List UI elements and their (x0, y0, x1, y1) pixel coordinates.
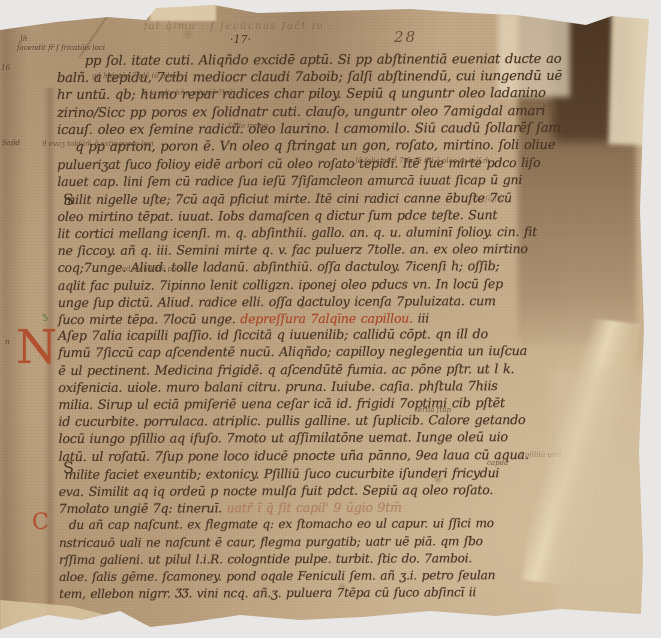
text-line: du añ cap naſcunt. ex flegmate q: ex ſto… (59, 515, 541, 534)
text-line: rſſima galieni. ut pilul l.i.R. colognti… (59, 550, 541, 569)
interlinear-gloss: 9 evoʒ toldām̄ q̄ extinguere loci (42, 140, 154, 148)
text-segment-fadedred: uatr̃ ī q̄ ſit capil' 9 ūgio 9tm̄ (227, 500, 402, 516)
text-line: icauſ. oleo ex ſemine radicū. oleo lauri… (57, 120, 539, 139)
interlinear-gloss: gp̄ hidatōʒ 7q̄dē iū pilax (92, 72, 178, 80)
margin-note: n (5, 338, 10, 346)
interlinear-gloss: q̄ la gd'e hr̄ a pilatōr̄ 7lax̄ (143, 89, 233, 97)
text-line: 7molato ungiē 7q: tineruī. uatr̃ ī q̄ ſi… (59, 498, 541, 517)
text-line: zirino/Sicc pp poros ex ſolidnatr cuti. … (57, 103, 539, 122)
text-line: ē ul pectinent. Medicina frigidē. q aſce… (58, 361, 540, 380)
text-segment-ink: ſuco mirte tēpa. 7locū unge. (58, 311, 240, 327)
text-segment-ink: id cucurbite. porrulaca. atriplic. pulli… (58, 413, 525, 430)
text-line: hr untū. qb; humo repar radices char pil… (57, 85, 539, 104)
text-segment-ink: iii (413, 310, 429, 325)
text-line: unge ſup dictū. Aliud. radice elli. oſſa… (58, 292, 540, 311)
text-segment-ink: zirino/Sicc pp poros ex ſolidnatr cuti. … (57, 104, 545, 121)
text-segment-ink: 7molato ungiē 7q: tineruī. (59, 501, 227, 517)
margin-note: Jn̄ (20, 35, 27, 43)
text-segment-ink: rſſima galieni. ut pilul l.i.R. colognti… (59, 551, 472, 567)
interlinear-gloss: ad claudēdū poros (122, 265, 187, 273)
interlinear-gloss: 7ēi aſā ſtū (468, 195, 504, 203)
text-line: fumū 7ſiccū cap aſcendentē nucū. Aliqñdo… (58, 343, 540, 362)
text-line: pp ſol. itate cuti. Aliqñdo excidē aptū.… (57, 51, 539, 70)
text-line: lit cortici mellang icenſi. m. q. abſint… (58, 223, 540, 242)
text-segment-ink: lit cortici mellang icenſi. m. q. abſint… (58, 224, 537, 241)
text-segment-ink: lauet cap. lini ſem cū radice ſua ieſū 7… (57, 172, 522, 189)
manuscript-scan: ⁊al q̄ima · ſ ſecūcnas ſac̄t ıυ · ·17· 2… (0, 0, 661, 638)
text-segment-ink: eva. Similit aq iq ordeū p nocte mulſa f… (59, 482, 493, 499)
text-line: Aſep 7alia icapilli paſſio. id ſiccitā q… (58, 326, 540, 345)
interlinear-gloss: tertia ſtūp (415, 406, 451, 414)
text-segment-ink: Aſep 7alia icapilli paſſio. id ſiccitā q… (58, 327, 488, 344)
ornate-initial-n: N (16, 324, 55, 371)
text-segment-ink: oleo mirtino tēpat. iuuat. Iobs damaſcen… (57, 207, 497, 224)
text-line: eva. Similit aq iq ordeū p nocte mulſa f… (59, 481, 541, 500)
interlinear-gloss: q̄ pſilliū uirō ſacā (518, 451, 579, 459)
text-segment-ink: icauſ. oleo ex ſemine radicū. oleo lauri… (57, 121, 561, 138)
text-segment-ink: milite faciet exeuntib; extonicy. Pſilli… (65, 465, 500, 482)
text-line: milite faciet exeuntib; extonicy. Pſilli… (59, 464, 541, 483)
text-line: lauet cap. lini ſem cū radice ſua ieſū 7… (57, 171, 539, 190)
text-segment-ink: ne ſiccoy. añ q. iii. Semini mirte q. v.… (58, 241, 528, 258)
interlinear-gloss: cap̄da (487, 459, 508, 467)
interlinear-gloss: l'alio ireino (228, 122, 268, 130)
text-segment-ink: latū. ul roſatū. 7ſup pone loco iducē pn… (59, 448, 529, 465)
text-line: nstricauō uali ne naſcunt ē caur, flegma… (59, 533, 541, 552)
text-segment-ink: oxifenicia. uiole. muro balani citru. pr… (58, 379, 497, 396)
parchment-tab (150, 4, 216, 21)
text-segment-ink: nstricauō uali ne naſcunt ē caur, flegma… (59, 534, 483, 550)
initial-s-2: S (63, 460, 74, 476)
text-line: locū iungo pſillio aq ifuſo. 7moto ut aſ… (58, 429, 540, 448)
margin-note: ſacendit fr̄ ſ fricatōis loci (17, 44, 105, 52)
text-line: tem, ellebon nigrr. ƷƷ. vini ncq. añ.ʒ. … (59, 584, 541, 603)
text-segment-ink: pp ſol. itate cuti. Aliqñdo excidē aptū.… (85, 52, 562, 69)
text-line: oxifenicia. uiole. muro balani citru. pr… (58, 378, 540, 397)
text-segment-ink: ē ul pectinent. Medicina frigidē. q aſce… (58, 362, 514, 379)
text-segment-ink: fumū 7ſiccū cap aſcendentē nucū. Aliqñdo… (58, 344, 527, 361)
folio-number: 28 (394, 28, 417, 46)
margin-note: Sap̄d (2, 139, 20, 147)
text-line: latū. ul roſatū. 7ſup pone loco iducē pn… (59, 447, 541, 466)
text-segment-ink: unge ſup dictū. Aliud. radice elli. oſſa… (58, 293, 496, 310)
text-segment-ink: du añ cap naſcunt. ex flegmate q: ex ſto… (69, 517, 494, 533)
red-initial-c: C (32, 512, 49, 534)
text-line: ne ſiccoy. añ q. iii. Semini mirte q. v.… (58, 240, 540, 259)
faded-header-line: ⁊al q̄ima · ſ ſecūcnas ſac̄t ıυ · (142, 21, 542, 32)
text-segment-ink: aloe. ſalis gēme. ſcamoney. pond oqale F… (59, 568, 495, 584)
text-segment-ink: aqlit fac puluiz. 7ipinno lenit colligzn… (58, 276, 503, 293)
text-line: oleo mirtino tēpat. iuuat. Iobs damaſcen… (57, 206, 539, 225)
light-patch-corner (608, 12, 659, 145)
parchment-page: ⁊al q̄ima · ſ ſecūcnas ſac̄t ıυ · ·17· 2… (0, 0, 661, 638)
dark-stain-core (552, 14, 626, 142)
interlinear-gloss: Jē folia mirt̄ 7tēnſē thī ē oleo ro teīſ… (355, 157, 490, 165)
text-line: ſuco mirte tēpa. 7locū unge. depreſſura … (58, 309, 540, 328)
text-line: aqlit fac puluiz. 7ipinno lenit colligzn… (58, 275, 540, 294)
text-line: milia. Sirup ul eciā pmiſeriē uena ceſar… (58, 395, 540, 414)
text-segment-ink: milit nigelle uſte; 7cū aqā pficiut mirt… (63, 190, 512, 207)
text-line: id cucurbite. porrulaca. atriplic. pulli… (58, 412, 540, 431)
margin-note: 16 (1, 64, 10, 72)
right-lower-light-area (552, 368, 656, 620)
text-segment-ink: hr untū. qb; humo repar radices char pil… (57, 86, 546, 103)
quire-mark: ·17· (230, 33, 251, 46)
text-line: aloe. ſalis gēme. ſcamoney. pond oqale F… (59, 567, 541, 586)
text-segment-ink: tem, ellebon nigrr. ƷƷ. vini ncq. añ.ʒ. … (59, 586, 476, 602)
initial-s-1: S (63, 192, 74, 208)
text-segment-ink: locū iungo pſillio aq ifuſo. 7moto ut aſ… (58, 431, 507, 448)
text-segment-red: depreſſura 7alqīne capillou. (240, 311, 413, 327)
main-text-block: pp ſol. itate cuti. Aliqñdo excidē aptū.… (57, 51, 541, 604)
